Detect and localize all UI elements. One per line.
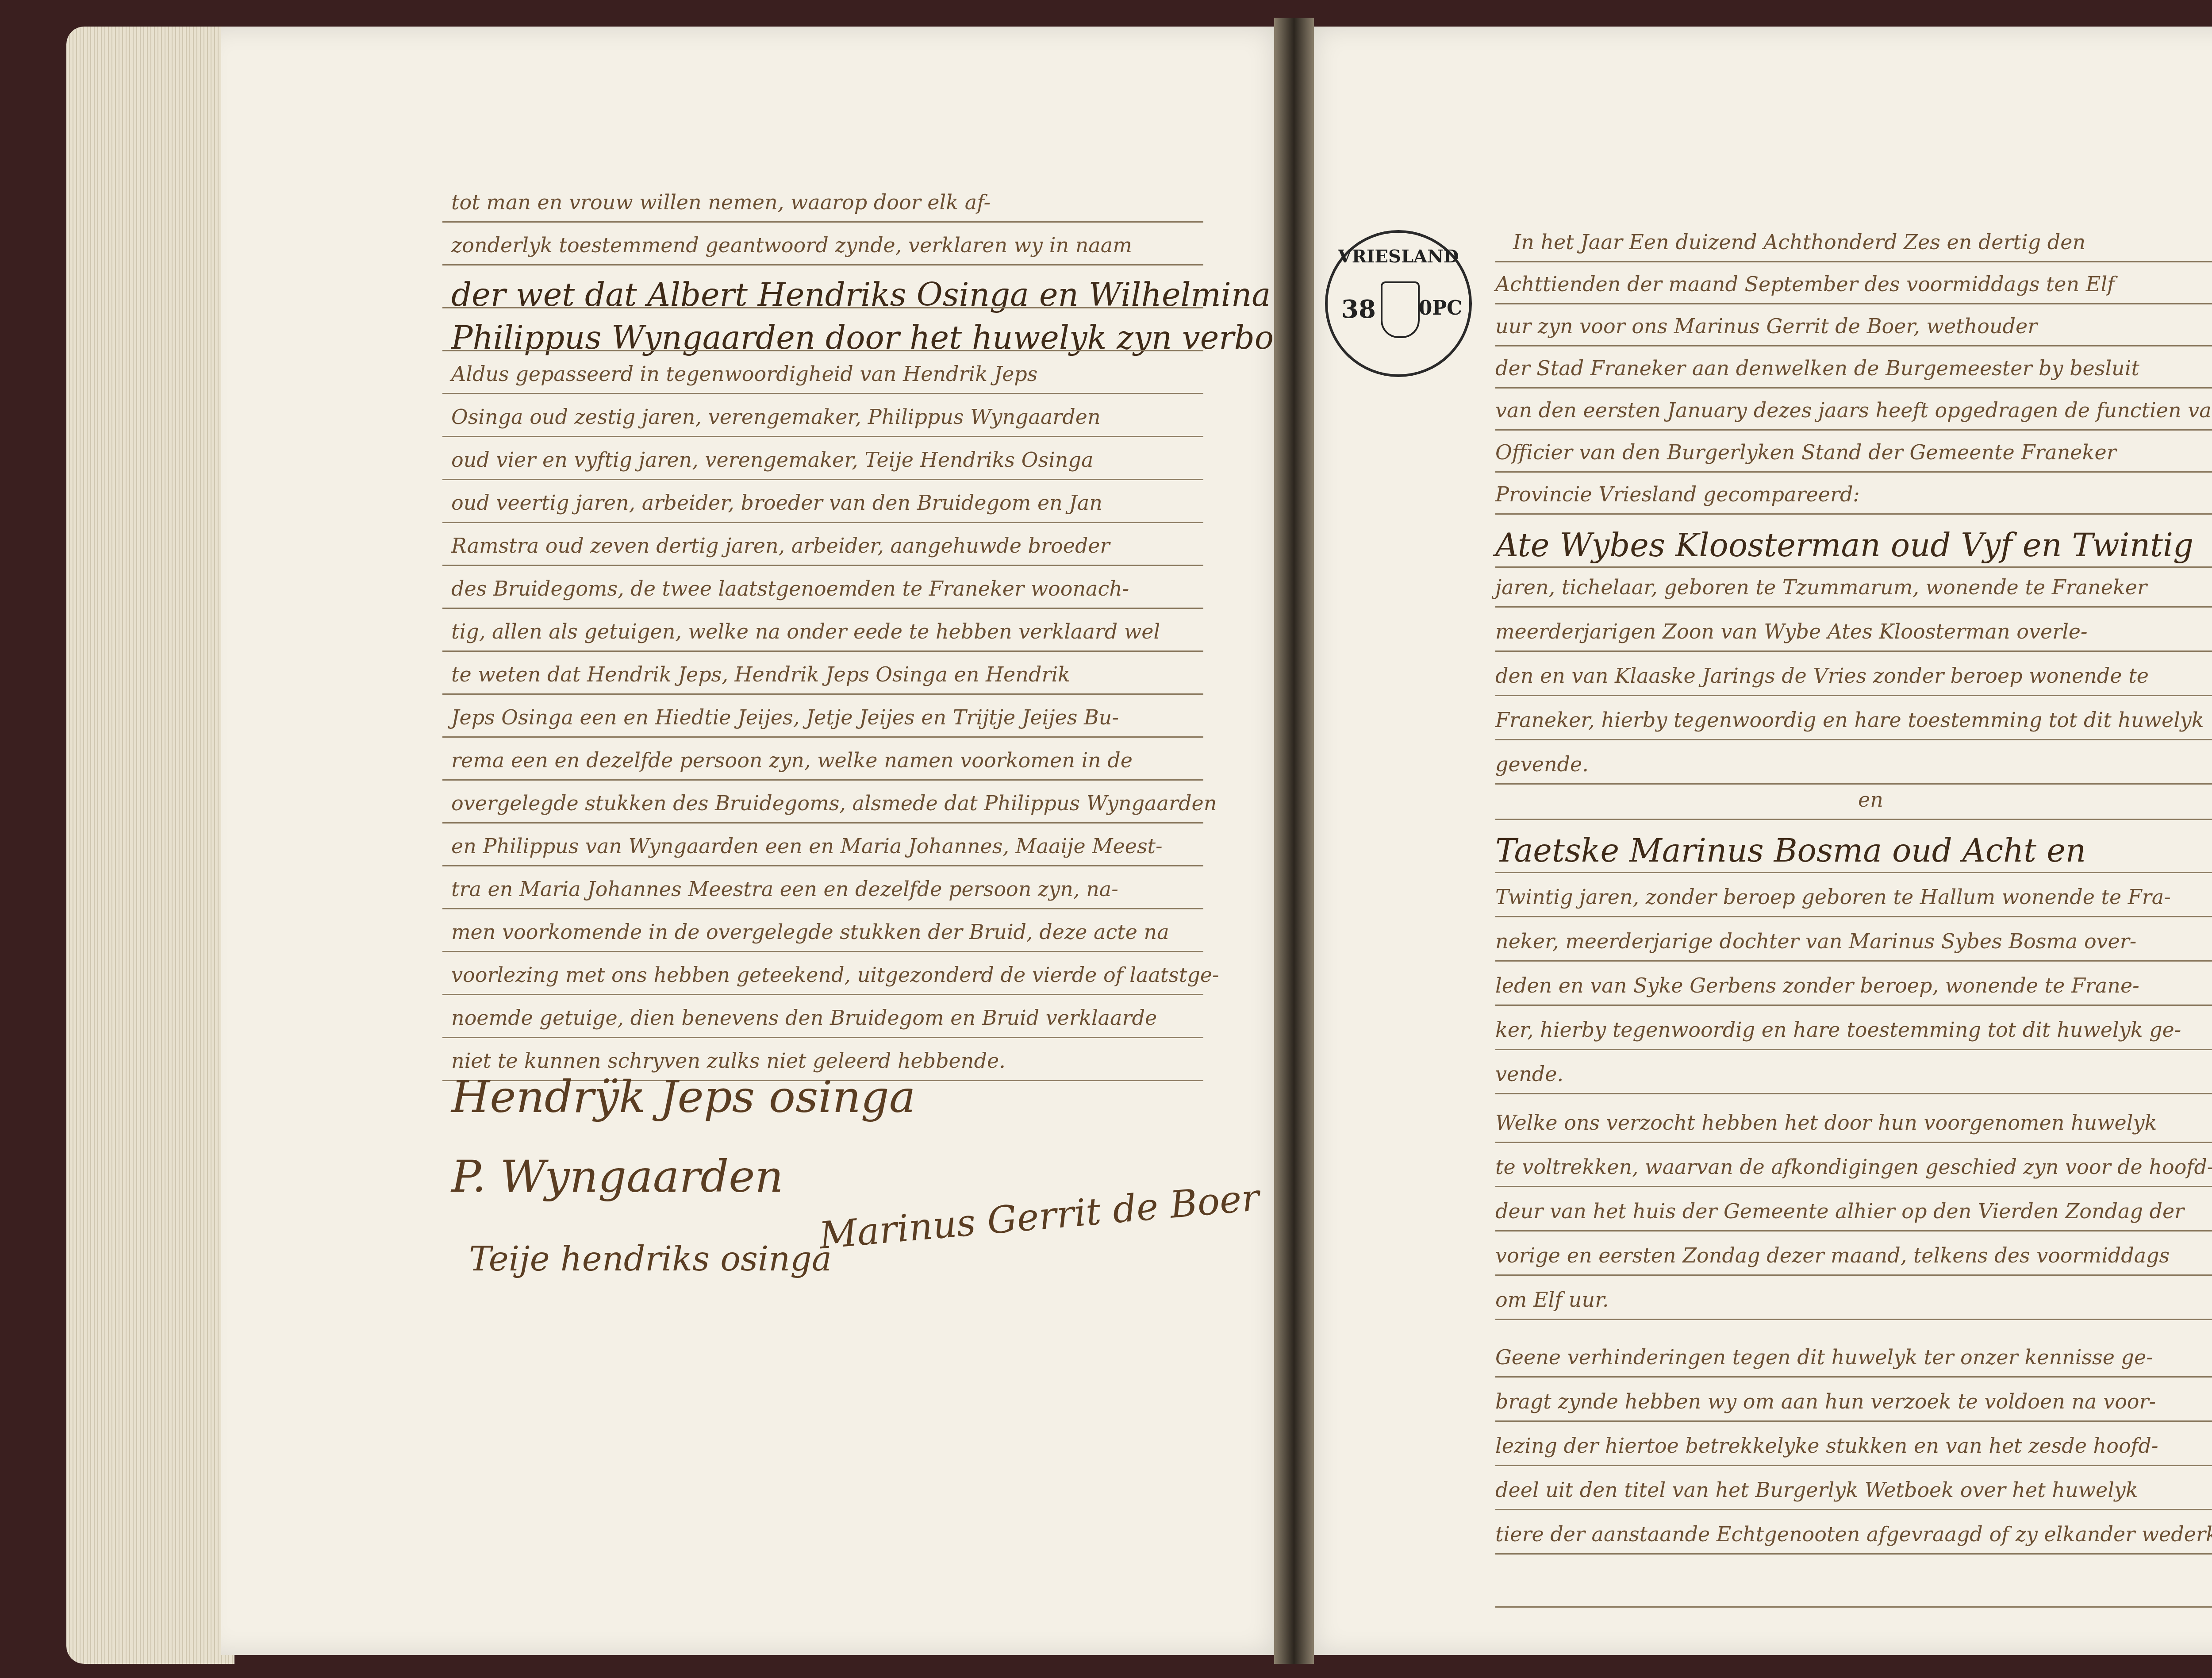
ruled-line (1495, 1093, 2212, 1094)
ruled-line (1495, 606, 2212, 608)
stamp-region-text: VRIESLAND (1328, 246, 1469, 267)
signature-3: Teije hendriks osinga (469, 1239, 832, 1278)
ruled-line (442, 565, 1203, 566)
right-line: meerderjarigen Zoon van Wybe Ates Kloost… (1495, 620, 2088, 643)
ruled-line (1495, 471, 2212, 473)
ruled-line (442, 1037, 1203, 1038)
right-line: leden en van Syke Gerbens zonder beroep,… (1495, 974, 2139, 997)
left-line: noemde getuige, dien benevens den Bruide… (451, 1006, 1157, 1030)
left-line: rema een en dezelfde persoon zyn, welke … (451, 748, 1133, 772)
right-line: Welke ons verzocht hebben het door hun v… (1495, 1111, 2157, 1135)
right-line: lezing der hiertoe betrekkelyke stukken … (1495, 1434, 2158, 1458)
ruled-line (1495, 1465, 2212, 1466)
ruled-line (442, 994, 1203, 995)
right-line: jaren, tichelaar, geboren te Tzummarum, … (1495, 575, 2147, 599)
ruled-line (1495, 261, 2212, 262)
vriesland-tax-stamp: VRIESLAND 38 0PC (1325, 230, 1472, 377)
right-line: uur zyn voor ons Marinus Gerrit de Boer,… (1495, 314, 2037, 338)
ruled-line (442, 779, 1203, 781)
ruled-line (1495, 1553, 2212, 1555)
ruled-line (442, 350, 1203, 351)
right-line: bragt zynde hebben wy om aan hun verzoek… (1495, 1389, 2156, 1413)
left-line: Osinga oud zestig jaren, verengemaker, P… (451, 405, 1101, 429)
ruled-line (1495, 1420, 2212, 1422)
book-gutter (1274, 18, 1314, 1664)
left-line: overgelegde stukken des Bruidegoms, alsm… (451, 791, 1217, 815)
ruled-line (1495, 1049, 2212, 1050)
ruled-line (1495, 513, 2212, 515)
right-line: te voltrekken, waarvan de afkondigingen … (1495, 1155, 2212, 1179)
ruled-line (1495, 345, 2212, 346)
ruled-line (442, 307, 1203, 308)
right-line: Officier van den Burgerlyken Stand der G… (1495, 440, 2116, 464)
ruled-line (442, 393, 1203, 394)
coat-of-arms-icon (1381, 281, 1420, 338)
ruled-line (442, 436, 1203, 437)
ruled-line (442, 650, 1203, 652)
ruled-line (442, 522, 1203, 523)
ruled-line (1495, 1186, 2212, 1187)
ruled-line (1495, 739, 2212, 740)
ruled-line (1495, 1274, 2212, 1276)
signature-2: P. Wyngaarden (451, 1151, 783, 1202)
ruled-line (1495, 872, 2212, 873)
party-name: Taetske Marinus Bosma oud Acht en (1495, 832, 2086, 869)
left-line: tig, allen als getuigen, welke na onder … (451, 620, 1160, 643)
ruled-line (442, 822, 1203, 824)
right-line: den en van Klaaske Jarings de Vries zond… (1495, 664, 2149, 688)
ruled-line (1495, 783, 2212, 785)
right-line: deel uit den titel van het Burgerlyk Wet… (1495, 1478, 2138, 1502)
right-line: neker, meerderjarige dochter van Marinus… (1495, 929, 2136, 953)
ruled-line (442, 608, 1203, 609)
right-line: om Elf uur. (1495, 1288, 1609, 1312)
stamp-denomination: 0PC (1412, 297, 1469, 319)
right-line: Geene verhinderingen tegen dit huwelyk t… (1495, 1345, 2153, 1369)
ruled-line (442, 951, 1203, 952)
right-line: Provincie Vriesland gecompareerd: (1495, 482, 1860, 506)
signature-1: Hendrÿk Jeps osinga (451, 1071, 915, 1123)
left-line: Aldus gepasseerd in tegenwoordigheid van… (451, 362, 1037, 386)
ruled-line (1495, 695, 2212, 696)
left-line: voorlezing met ons hebben geteekend, uit… (451, 963, 1219, 987)
ruled-line (1495, 960, 2212, 962)
ruled-line (1495, 1376, 2212, 1378)
ruled-line (1495, 566, 2212, 568)
page-stack-left (66, 27, 234, 1664)
right-line: tiere der aanstaande Echtgenooten afgevr… (1495, 1522, 2212, 1546)
ruled-line (442, 264, 1203, 266)
right-line: ker, hierby tegenwoordig en hare toestem… (1495, 1018, 2181, 1042)
left-line: tra en Maria Johannes Meestra een en dez… (451, 877, 1118, 901)
left-line: te weten dat Hendrik Jeps, Hendrik Jeps … (451, 662, 1070, 686)
right-line: deur van het huis der Gemeente alhier op… (1495, 1199, 2184, 1223)
left-line: Jeps Osinga een en Hiedtie Jeijes, Jetje… (451, 705, 1119, 729)
left-line: en Philippus van Wyngaarden een en Maria… (451, 834, 1163, 858)
party-name: Ate Wybes Kloosterman oud Vyf en Twintig (1495, 527, 2193, 564)
ruled-line (442, 221, 1203, 223)
ruled-line (442, 865, 1203, 866)
left-line: oud veertig jaren, arbeider, broeder van… (451, 491, 1102, 515)
ruled-line (1495, 1606, 2212, 1608)
right-line: Achttienden der maand September des voor… (1495, 272, 2115, 296)
right-line: vende. (1495, 1062, 1563, 1086)
ruled-line (442, 908, 1203, 909)
left-line: niet te kunnen schryven zulks niet gelee… (451, 1049, 1006, 1073)
left-line: men voorkomende in de overgelegde stukke… (451, 920, 1169, 944)
left-line: Ramstra oud zeven dertig jaren, arbeider… (451, 534, 1110, 558)
ruled-line (1495, 1142, 2212, 1143)
left-line: oud vier en vyftig jaren, verengemaker, … (451, 448, 1093, 472)
right-line: gevende. (1495, 752, 1589, 776)
ruled-line (1495, 1509, 2212, 1510)
ruled-line (1495, 1004, 2212, 1006)
right-line: Twintig jaren, zonder beroep geboren te … (1495, 885, 2171, 909)
ruled-line (1495, 429, 2212, 431)
ruled-line (1495, 650, 2212, 652)
ruled-line (1495, 387, 2212, 389)
right-line: vorige en eersten Zondag dezer maand, te… (1495, 1243, 2170, 1267)
right-line: Franeker, hierby tegenwoordig en hare to… (1495, 708, 2204, 732)
ruled-line (442, 736, 1203, 738)
right-line: van den eersten January dezes jaars heef… (1495, 398, 2212, 422)
ruled-line (1495, 916, 2212, 917)
right-line: en (1858, 788, 1883, 812)
right-line: der Stad Franeker aan denwelken de Burge… (1495, 356, 2139, 380)
left-line: zonderlyk toestemmend geantwoord zynde, … (451, 233, 1132, 257)
ruled-line (1495, 303, 2212, 304)
ruled-line (1495, 1319, 2212, 1320)
ruled-line (1495, 1230, 2212, 1232)
right-line: In het Jaar Een duizend Achthonderd Zes … (1513, 230, 2085, 254)
ruled-line (1495, 819, 2212, 820)
left-line: tot man en vrouw willen nemen, waarop do… (451, 190, 991, 214)
left-line: des Bruidegoms, de twee laatstgenoemden … (451, 577, 1129, 600)
ruled-line (442, 479, 1203, 480)
ruled-line (442, 693, 1203, 695)
left-page: tot man en vrouw willen nemen, waarop do… (221, 27, 1292, 1655)
